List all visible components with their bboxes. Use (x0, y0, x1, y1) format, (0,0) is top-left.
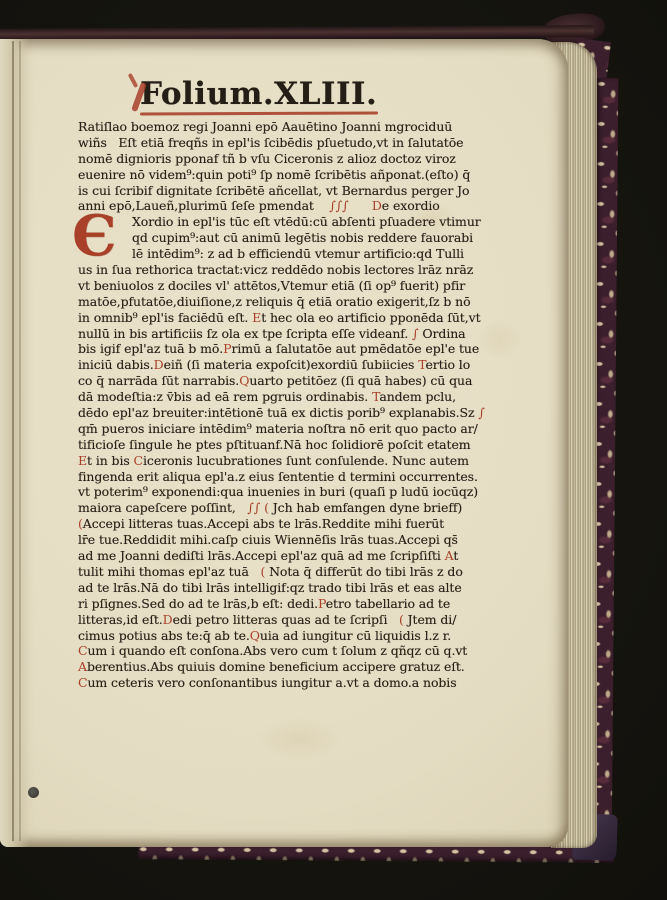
gutter-crease (19, 41, 21, 841)
text-line: ad me Joanni dediſti lrās.Accepi epl'az … (78, 548, 530, 564)
text-line: nomē dignioris pponaf tñ b vſu Ciceronis… (78, 151, 530, 167)
printed-text: eiñ (ſi materia expoſcit)exordiū ſubiici… (164, 357, 419, 372)
text-line: is cui ſcribif dignitate ſcribētē añcell… (78, 183, 530, 199)
text-line: Et in bis Ciceronis lucubrationes ſunt c… (78, 453, 530, 469)
printed-text: Ordina (422, 326, 465, 341)
printed-text: iniciū dabis. (78, 357, 154, 372)
rubricated-text: ∫ (412, 326, 422, 341)
text-line: us in ſua rethorica tractat:vicz reddēdo… (78, 262, 530, 278)
printed-text: nullū in bis artificiis ſz ola ex tpe ſc… (78, 326, 412, 341)
printed-text: fingenda erit aliqua epl'a.z eius ſenten… (78, 469, 478, 484)
printed-text: maiora capeſcere poſſint, (78, 500, 247, 515)
text-line: (Accepi litteras tuas.Accepi abs te lrās… (78, 516, 530, 532)
printed-text: ertio lo (426, 357, 471, 372)
text-line: ad te lrās.Nā do tibi lrās intelligif:qz… (78, 580, 530, 596)
printed-text: vt beniuolos z dociles vl' attētos,Vtemu… (78, 278, 465, 293)
text-line: Ratiſlao boemoz regi Joanni epō Aauētino… (78, 119, 530, 135)
text-line: dā modeſtia:z v̄bis ad eā rem pgruis ord… (78, 389, 530, 405)
text-line: fingenda erit aliqua epl'a.z eius ſenten… (78, 469, 530, 485)
printed-text: in omnib⁹ epl'is faciēdū eſt. (78, 310, 252, 325)
text-line: Xordio in epl'is tūc eſt vtēdū:cū abſent… (78, 214, 530, 230)
printed-text: berentius.Abs quiuis domine beneficium a… (87, 659, 465, 674)
text-line: Cum ceteris vero conſonantibus iungitur … (78, 675, 530, 691)
rubricated-text: C (134, 453, 143, 468)
printed-text: euenire nō videm⁹:quin poti⁹ ſp nomē ſcr… (78, 167, 470, 182)
printed-text: t (453, 548, 458, 563)
rubricated-text: ( (399, 612, 408, 627)
printed-text: Jtem di/ (408, 612, 457, 627)
text-line: qd cupim⁹:aut cū animū legētis nobis red… (78, 230, 530, 246)
printed-text: dēdo epl'az breuiter:intētionē tuā ex di… (78, 405, 478, 420)
book-photograph: Folium.XLIII. Є Ratiſlao boemoz regi Joa… (0, 0, 667, 900)
printed-text: lr̄e tue.Reddidit mihi.caſp ciuis Wiennē… (78, 532, 458, 547)
rubricated-text: Q (239, 373, 249, 388)
printed-text: Nota q̄ differūt do tibi lrās z do (269, 564, 463, 579)
body-text: Є Ratiſlao boemoz regi Joanni epō Aauēti… (78, 119, 530, 691)
printed-text: wiñs Eſt etiā freqñs in epl'is ſcibēdis … (78, 135, 463, 150)
text-line: dēdo epl'az breuiter:intētionē tuā ex di… (78, 405, 530, 421)
wormhole-dot (28, 787, 39, 798)
text-line: co q̄ narrāda ſūt narrabis.Quarto petitō… (78, 373, 530, 389)
printed-text: matōe,pfutatōe,diuiſione,z reliquis q̄ e… (78, 294, 471, 309)
printed-text: andem pclu, (379, 389, 456, 404)
text-line: tificioſe ſingule he ptes pſtituanf.Nā h… (78, 437, 530, 453)
gutter-shadow (0, 39, 30, 847)
text-line: qm̄ pueros iniciare intēdim⁹ materia noſ… (78, 421, 530, 437)
printed-text: uarto petitōez (ſi quā habes) cū qua (249, 373, 472, 388)
printed-text: Ratiſlao boemoz regi Joanni epō Aauētino… (78, 119, 452, 134)
printed-text: us in ſua rethorica tractat:vicz reddēdo… (78, 262, 473, 277)
rubricated-text: Q (250, 628, 260, 643)
text-line: wiñs Eſt etiā freqñs in epl'is ſcibēdis … (78, 135, 530, 151)
rubricated-text: ( (260, 564, 269, 579)
text-line: iniciū dabis.Deiñ (ſi materia expoſcit)e… (78, 357, 530, 373)
rubricated-text: D (154, 357, 164, 372)
rubricated-text: ∫∫∫ (329, 198, 348, 213)
gutter-crease (12, 41, 14, 841)
rubricated-text: E (78, 453, 87, 468)
printed-text: edi petro litteras quas ad te ſcripſi (173, 612, 399, 627)
text-line: vt poterim⁹ exponendi:qua inuenies in bu… (78, 484, 530, 500)
text-line: Aberentius.Abs quiuis domine beneficium … (78, 659, 530, 675)
rubricated-text: E (252, 310, 261, 325)
printed-text: tulit mihi thomas epl'az tuā (78, 564, 260, 579)
text-line: lē intēdim⁹: z ad b efficiendū vtemur ar… (78, 246, 530, 262)
printed-text: Accepi litteras tuas.Accepi abs te lrās.… (83, 516, 444, 531)
rubricated-text: P (318, 596, 326, 611)
text-line: litteras,id eſt.Dedi petro litteras quas… (78, 612, 530, 628)
text-line: in omnib⁹ epl'is faciēdū eſt. Et hec ola… (78, 310, 530, 326)
printed-text: Xordio in epl'is tūc eſt vtēdū:cū abſent… (132, 214, 481, 229)
printed-text: t in bis (87, 453, 134, 468)
rubricated-text: T (418, 357, 425, 372)
text-line: ri pſignes.Sed do ad te lrās,b eſt: dedi… (78, 596, 530, 612)
printed-text: lē intēdim⁹: z ad b efficiendū vtemur ar… (132, 246, 464, 261)
text-line: tulit mihi thomas epl'az tuā ( Nota q̄ d… (78, 564, 530, 580)
printed-text: nomē dignioris pponaf tñ b vſu Ciceronis… (78, 151, 456, 166)
text-line: bis igif epl'az tuā b mō.Primū a ſalutat… (78, 341, 530, 357)
rubricated-text: D (163, 612, 173, 627)
text-line: euenire nō videm⁹:quin poti⁹ ſp nomē ſcr… (78, 167, 530, 183)
printed-text: ad me Joanni dediſti lrās.Accepi epl'az … (78, 548, 445, 563)
text-line: matōe,pfutatōe,diuiſione,z reliquis q̄ e… (78, 294, 530, 310)
text-line: cimus potius abs te:q̄ ab te.Quia ad iun… (78, 628, 530, 644)
printed-text: etro tabellario ad te (326, 596, 450, 611)
text-line: lr̄e tue.Reddidit mihi.caſp ciuis Wiennē… (78, 532, 530, 548)
printed-text: tificioſe ſingule he ptes pſtituanf.Nā h… (78, 437, 471, 452)
printed-text: iceronis lucubrationes ſunt conſulende. … (143, 453, 469, 468)
text-line: vt beniuolos z dociles vl' attētos,Vtemu… (78, 278, 530, 294)
printed-text: dā modeſtia:z v̄bis ad eā rem pgruis ord… (78, 389, 372, 404)
printed-text (349, 198, 372, 213)
printed-text: ad te lrās.Nā do tibi lrās intelligif:qz… (78, 580, 462, 595)
printed-text: bis igif epl'az tuā b mō. (78, 341, 223, 356)
text-line: nullū in bis artificiis ſz ola ex tpe ſc… (78, 326, 530, 342)
rubricated-text: ∫∫ ( (247, 500, 268, 515)
printed-text: litteras,id eſt. (78, 612, 163, 627)
page-heading: Folium.XLIII. (140, 77, 377, 111)
printed-text: e exordio (382, 198, 440, 213)
printed-text: cimus potius abs te:q̄ ab te. (78, 628, 250, 643)
printed-text: um ceteris vero conſonantibus iungitur a… (87, 675, 456, 690)
printed-text: qd cupim⁹:aut cū animū legētis nobis red… (132, 230, 473, 245)
printed-text: ri pſignes.Sed do ad te lrās,b eſt: dedi… (78, 596, 318, 611)
printed-text: qm̄ pueros iniciare intēdim⁹ materia noſ… (78, 421, 478, 436)
printed-text: Jch hab emfangen dyne brieff) (269, 500, 462, 515)
printed-text: co q̄ narrāda ſūt narrabis. (78, 373, 239, 388)
drop-cap-initial: Є (72, 211, 117, 261)
text-line: Cum i quando eſt conſona.Abs vero cum t … (78, 643, 530, 659)
printed-text: vt poterim⁹ exponendi:qua inuenies in bu… (78, 484, 478, 499)
printed-text: um i quando eſt conſona.Abs vero cum t ſ… (87, 643, 467, 658)
rubricated-text: ∫ (478, 405, 484, 420)
printed-text: is cui ſcribif dignitate ſcribētē añcell… (78, 183, 469, 198)
text-line: maiora capeſcere poſſint, ∫∫ ( Jch hab e… (78, 500, 530, 516)
rubricated-text: D (372, 198, 382, 213)
text-line: anni epō,Laueñ,plurimū ſeſe pmendat ∫∫∫ … (78, 198, 530, 214)
printed-text: rimū a ſalutatōe aut pmēdatōe epl'e tue (231, 341, 479, 356)
printed-text: uia ad iungitur cū liquidis l.z r. (260, 628, 451, 643)
printed-text: t hec ola eo artificio pponēda ſūt,vt (261, 310, 480, 325)
rubricated-text: A (78, 659, 87, 674)
